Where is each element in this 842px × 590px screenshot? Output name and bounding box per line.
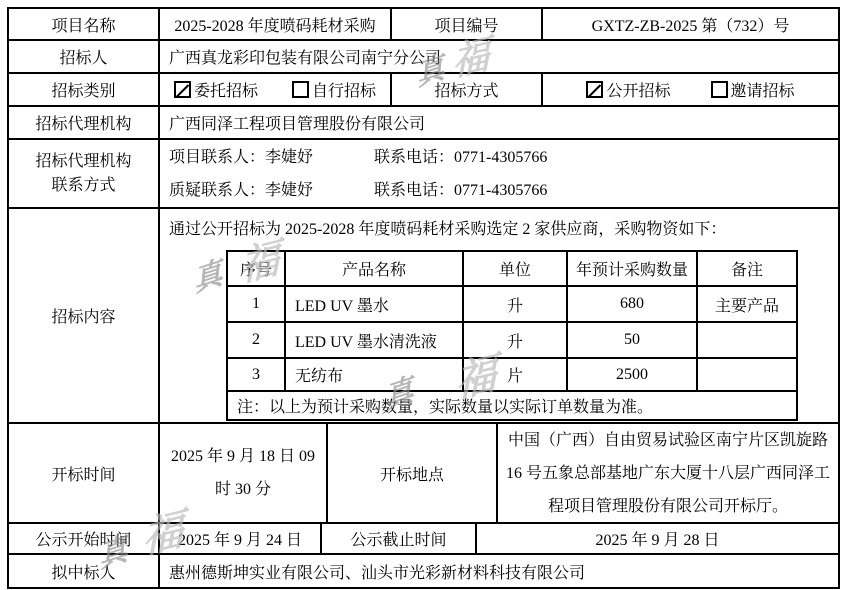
agency-contact-value: 项目联系人：李婕妤 联系电话：0771-4305766 质疑联系人：李婕妤 联系…	[158, 138, 840, 209]
header-product: 产品名称	[284, 250, 464, 287]
method-label: 招标方式	[390, 72, 543, 107]
row-opening: 开标时间 2025 年 9 月 18 日 09 时 30 分 开标地点 中国（广…	[7, 422, 840, 524]
winner-value: 惠州德斯坤实业有限公司、汕头市光彩新材料科技有限公司	[158, 553, 840, 589]
cell-product: LED UV 墨水	[284, 285, 464, 323]
option-label: 公开招标	[606, 78, 670, 101]
product-table: 序号 产品名称 单位 年预计采购数量 备注 1 LED UV 墨水 升 680 …	[226, 250, 838, 421]
cell-seq: 1	[226, 285, 286, 323]
product-table-header: 序号 产品名称 单位 年预计采购数量 备注	[226, 250, 838, 287]
contact-line: 项目联系人：李婕妤 联系电话：0771-4305766	[169, 141, 838, 174]
opening-time-label: 开标时间	[7, 422, 160, 524]
agency-contact-label-line1: 招标代理机构	[35, 150, 131, 174]
tenderee-label: 招标人	[7, 39, 160, 74]
method-options: 公开招标 邀请招标	[541, 72, 840, 107]
option-invited-tender: 邀请招标	[711, 78, 795, 101]
row-winner: 拟中标人 惠州德斯坤实业有限公司、汕头市光彩新材料科技有限公司	[7, 553, 840, 589]
option-open-tender: 公开招标	[586, 78, 670, 101]
cell-quantity: 680	[566, 285, 698, 323]
agency-contact-label: 招标代理机构 联系方式	[7, 138, 160, 209]
tender-info-table: 项目名称 2025-2028 年度喷码耗材采购 项目编号 GXTZ-ZB-202…	[7, 7, 840, 589]
agency-label: 招标代理机构	[7, 105, 160, 140]
document-page: 项目名称 2025-2028 年度喷码耗材采购 项目编号 GXTZ-ZB-202…	[0, 0, 842, 590]
contact-phone: 联系电话：0771-4305766	[374, 174, 547, 207]
contact-person: 项目联系人：李婕妤	[169, 141, 374, 174]
cell-quantity: 50	[566, 321, 698, 359]
cell-unit: 升	[462, 285, 568, 323]
opening-place-label: 开标地点	[326, 422, 498, 524]
header-seq: 序号	[226, 250, 286, 287]
cell-unit: 片	[462, 357, 568, 392]
table-note: 注：以上为预计采购数量，实际数量以实际订单数量为准。	[226, 390, 798, 421]
table-row: 1 LED UV 墨水 升 680 主要产品	[226, 285, 838, 323]
project-name-value: 2025-2028 年度喷码耗材采购	[158, 7, 392, 41]
content-intro: 通过公开招标为 2025-2028 年度喷码耗材采购选定 2 家供应商，采购物资…	[169, 216, 838, 244]
header-unit: 单位	[462, 250, 568, 287]
row-publicity: 公示开始时间 2025 年 9 月 24 日 公示截止时间 2025 年 9 月…	[7, 522, 840, 555]
contact-line: 质疑联系人：李婕妤 联系电话：0771-4305766	[169, 174, 838, 207]
publicity-start-label: 公示开始时间	[7, 522, 160, 555]
contact-phone: 联系电话：0771-4305766	[374, 141, 547, 174]
agency-value: 广西同泽工程项目管理股份有限公司	[158, 105, 840, 140]
category-label: 招标类别	[7, 72, 160, 107]
checkbox-unchecked-icon	[711, 81, 728, 98]
row-agency: 招标代理机构 广西同泽工程项目管理股份有限公司	[7, 105, 840, 140]
opening-place-value: 中国（广西）自由贸易试验区南宁片区凯旋路 16 号五象总部基地广东大厦十八层广西…	[496, 422, 840, 524]
agency-contact-label-line2: 联系方式	[35, 174, 131, 198]
cell-product: LED UV 墨水清洗液	[284, 321, 464, 359]
content-label: 招标内容	[7, 207, 160, 424]
option-self-tender: 自行招标	[292, 78, 376, 101]
row-content: 招标内容 通过公开招标为 2025-2028 年度喷码耗材采购选定 2 家供应商…	[7, 207, 840, 424]
cell-product: 无纺布	[284, 357, 464, 392]
row-agency-contact: 招标代理机构 联系方式 项目联系人：李婕妤 联系电话：0771-4305766 …	[7, 138, 840, 209]
checkbox-checked-icon	[586, 81, 603, 98]
opening-time-value: 2025 年 9 月 18 日 09 时 30 分	[158, 422, 328, 524]
content-value: 通过公开招标为 2025-2028 年度喷码耗材采购选定 2 家供应商，采购物资…	[158, 207, 840, 424]
header-remark: 备注	[696, 250, 798, 287]
publicity-end-label: 公示截止时间	[320, 522, 477, 555]
publicity-end-value: 2025 年 9 月 28 日	[475, 522, 840, 555]
publicity-start-value: 2025 年 9 月 24 日	[158, 522, 322, 555]
cell-seq: 2	[226, 321, 286, 359]
tenderee-value: 广西真龙彩印包装有限公司南宁分公司	[158, 39, 840, 74]
cell-remark	[696, 357, 798, 392]
contact-person: 质疑联系人：李婕妤	[169, 174, 374, 207]
table-note-row: 注：以上为预计采购数量，实际数量以实际订单数量为准。	[226, 390, 838, 421]
row-project: 项目名称 2025-2028 年度喷码耗材采购 项目编号 GXTZ-ZB-202…	[7, 7, 840, 41]
table-row: 3 无纺布 片 2500	[226, 357, 838, 392]
checkbox-checked-icon	[174, 81, 191, 98]
opening-time-text: 2025 年 9 月 18 日 09 时 30 分	[160, 440, 326, 506]
project-code-value: GXTZ-ZB-2025 第（732）号	[541, 7, 840, 41]
option-label: 委托招标	[194, 78, 258, 101]
category-options: 委托招标 自行招标	[158, 72, 392, 107]
option-entrusted-tender: 委托招标	[174, 78, 258, 101]
project-code-label: 项目编号	[390, 7, 543, 41]
winner-label: 拟中标人	[7, 553, 160, 589]
cell-remark	[696, 321, 798, 359]
row-tenderee: 招标人 广西真龙彩印包装有限公司南宁分公司	[7, 39, 840, 74]
option-label: 自行招标	[312, 78, 376, 101]
option-label: 邀请招标	[731, 78, 795, 101]
project-name-label: 项目名称	[7, 7, 160, 41]
opening-place-text: 中国（广西）自由贸易试验区南宁片区凯旋路 16 号五象总部基地广东大厦十八层广西…	[498, 424, 838, 523]
cell-quantity: 2500	[566, 357, 698, 392]
cell-seq: 3	[226, 357, 286, 392]
row-category: 招标类别 委托招标 自行招标 招标方式	[7, 72, 840, 107]
checkbox-unchecked-icon	[292, 81, 309, 98]
cell-unit: 升	[462, 321, 568, 359]
cell-remark: 主要产品	[696, 285, 798, 323]
table-row: 2 LED UV 墨水清洗液 升 50	[226, 321, 838, 359]
header-quantity: 年预计采购数量	[566, 250, 698, 287]
